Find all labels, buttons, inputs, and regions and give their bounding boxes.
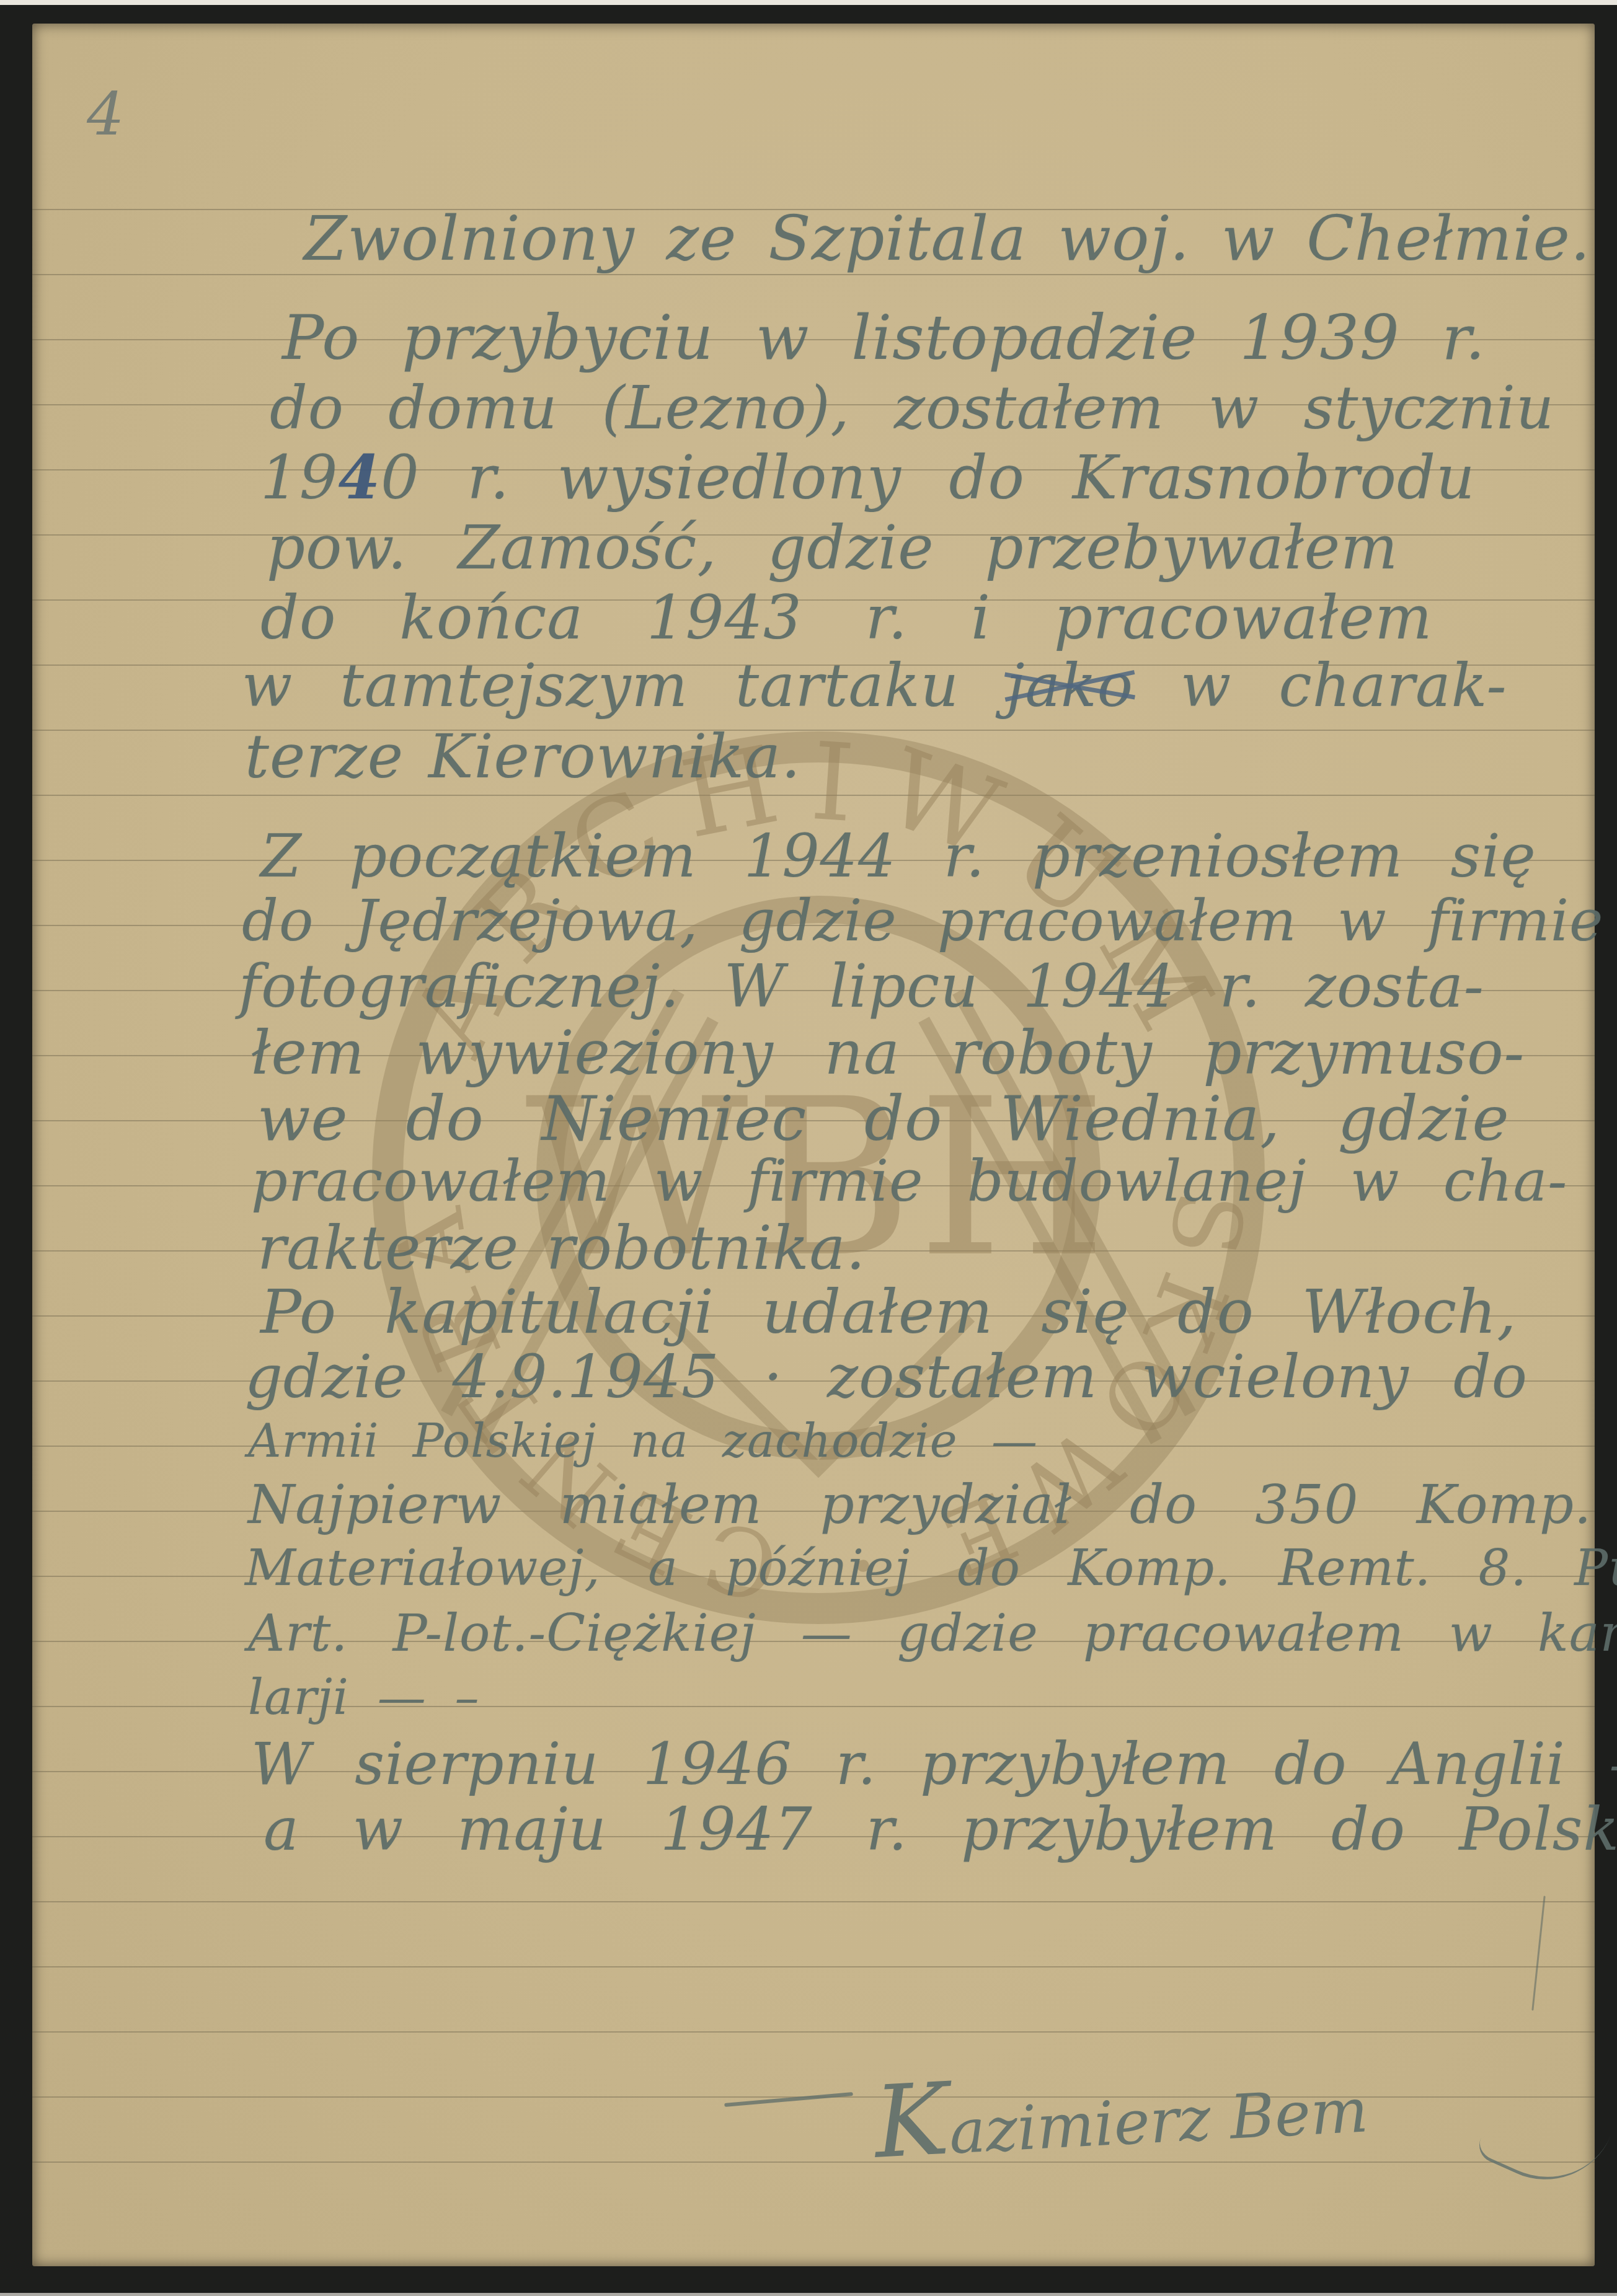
handwriting-line: Po kapitulacji udałem się do Włoch, (260, 1282, 1517, 1343)
handwriting-text: w charak- (1133, 652, 1507, 720)
handwriting-line: do końca 1943 r. i pracowałem (260, 588, 1433, 648)
handwriting-line: terze Kierownika. (245, 726, 801, 787)
handwriting-line: Art. P-lot.-Ciężkiej — gdzie pracowałem … (248, 1609, 1617, 1659)
handwriting-line: a w maju 1947 r. przybyłem do Polski (264, 1801, 1617, 1860)
handwriting-line: fotograficznej. W lipcu 1944 r. zosta- (239, 958, 1484, 1017)
handwriting-line: w tamtejszym tartaku jako w charak- (242, 657, 1507, 716)
handwriting-text: rakterze robotnika. (257, 1213, 866, 1283)
handwriting-text: we do Niemiec do Wiednia, gdzie (257, 1082, 1510, 1155)
handwriting-text: w tamtejszym tartaku (242, 652, 1006, 720)
handwriting-text: pracowałem w firmie budowlanej w cha- (251, 1148, 1567, 1214)
handwriting-line: rakterze robotnika. (257, 1218, 866, 1278)
scan-edge-top (0, 0, 1617, 5)
scanned-document-page: ARCHIWUM WOJSKOWE · CENTRALNE WBH 4 Zwol… (0, 0, 1617, 2296)
signature: Kazimierz Bem (872, 2039, 1370, 2180)
handwriting-text: Z początkiem 1944 r. przeniosłem się (260, 823, 1536, 891)
handwriting-text: do końca 1943 r. i pracowałem (260, 583, 1433, 653)
handwriting-text: W sierpniu 1946 r. przybyłem do Anglii — (251, 1731, 1617, 1798)
retraced-character: 4 (338, 442, 381, 513)
handwriting-text: Po kapitulacji udałem się do Włoch, (260, 1277, 1517, 1348)
paper-sheet: ARCHIWUM WOJSKOWE · CENTRALNE WBH 4 Zwol… (32, 24, 1595, 2266)
handwriting-line: we do Niemiec do Wiednia, gdzie (257, 1088, 1510, 1150)
handwriting-text: Najpierw miałem przydział do 350 Komp. (248, 1474, 1592, 1536)
handwriting-line: do domu (Lezno), zostałem w styczniu (270, 379, 1554, 438)
struck-out-word: jako (1006, 652, 1133, 720)
handwriting-line: pracowałem w firmie budowlanej w cha- (251, 1153, 1567, 1210)
handwriting-text: Armii Polskiej na zachodzie — (248, 1415, 1038, 1468)
handwriting-line: larji — – (248, 1674, 479, 1722)
handwriting-line: pow. Zamość, gdzie przebywałem (267, 518, 1398, 578)
signature-flourish (1474, 2089, 1610, 2202)
handwriting-line: 1940 r. wysiedlony do Krasnobrodu (260, 448, 1476, 508)
handwriting-text: pow. Zamość, gdzie przebywałem (267, 513, 1398, 583)
handwriting-text: do Jędrzejowa, gdzie pracowałem w firmie (242, 888, 1604, 954)
handwriting-text: 19 (260, 443, 338, 513)
page-number: 4 (87, 81, 124, 149)
handwriting-line: do Jędrzejowa, gdzie pracowałem w firmie (242, 893, 1604, 950)
handwriting-text: Po przybyciu w listopadzie 1939 r. (282, 301, 1486, 374)
handwriting-text: fotograficznej. W lipcu 1944 r. zosta- (239, 953, 1484, 1021)
handwriting-line: gdzie 4.9.1945 · zostałem wcielony do (245, 1348, 1528, 1407)
handwriting-text: do domu (Lezno), zostałem w styczniu (270, 374, 1554, 443)
handwriting-line: łem wywieziony na roboty przymuso- (251, 1023, 1525, 1083)
handwriting-line: Najpierw miałem przydział do 350 Komp. (248, 1478, 1592, 1532)
stray-pencil-stroke (1531, 1896, 1545, 2010)
handwriting-text: Zwolniony ze Szpitala woj. w Chełmie. (304, 202, 1591, 275)
handwriting-text: łem wywieziony na roboty przymuso- (251, 1018, 1525, 1088)
handwriting-text: 0 r. wysiedlony do Krasnobrodu (381, 443, 1476, 513)
handwriting-line: Z początkiem 1944 r. przeniosłem się (260, 828, 1536, 886)
handwriting-text: Materiałowej, a później do Komp. Remt. 8… (245, 1539, 1617, 1597)
handwriting-text: Art. P-lot.-Ciężkiej — gdzie pracowałem … (248, 1604, 1617, 1663)
signature-dash (724, 2092, 853, 2107)
handwriting-line: Materiałowej, a później do Komp. Remt. 8… (245, 1543, 1617, 1593)
handwriting-text: larji — – (248, 1670, 479, 1726)
handwriting-line: Zwolniony ze Szpitala woj. w Chełmie. (304, 208, 1591, 270)
handwriting-line: W sierpniu 1946 r. przybyłem do Anglii — (251, 1736, 1617, 1793)
handwriting-line: Armii Polskiej na zachodzie — (248, 1418, 1038, 1464)
scan-edge-bottom (0, 2293, 1617, 2296)
handwriting-line: Po przybyciu w listopadzie 1939 r. (282, 307, 1486, 369)
handwriting-text: a w maju 1947 r. przybyłem do Polski (264, 1796, 1617, 1864)
handwriting-text: terze Kierownika. (245, 722, 801, 792)
handwriting-text: gdzie 4.9.1945 · zostałem wcielony do (245, 1343, 1528, 1411)
signature-block: Kazimierz Bem (719, 2013, 1600, 2212)
